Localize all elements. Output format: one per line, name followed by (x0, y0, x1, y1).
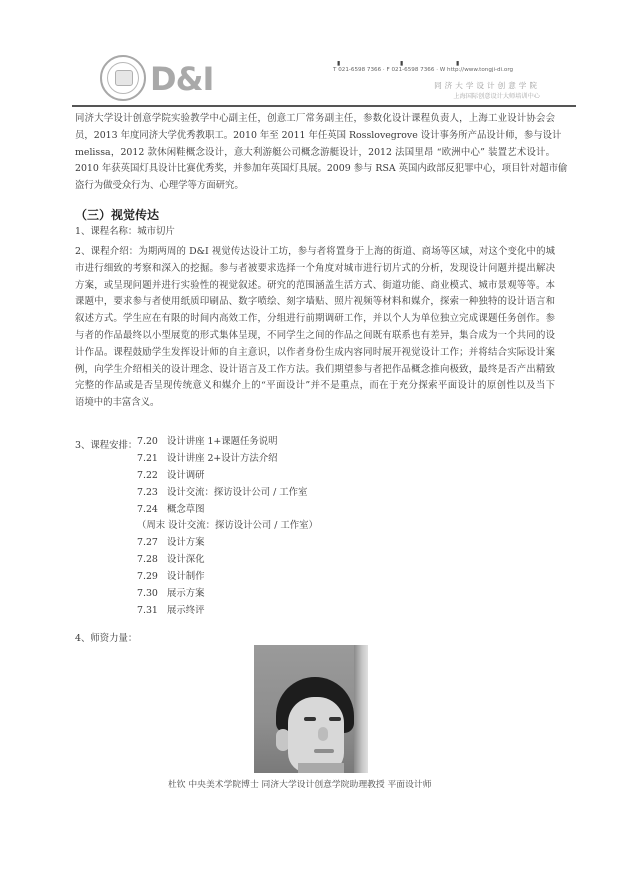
text-line: 市进行细致的考察和深入的挖掘。参与者被要求选择一个角度对城市进行切片式的分析，发… (75, 261, 555, 278)
schedule-label: 3、课程安排： (75, 437, 137, 451)
bio-paragraph: 同济大学设计创意学院实验教学中心副主任，创意工厂常务副主任，参数化设计课程负责人… (75, 111, 555, 195)
document-page: D&I ▮ ▮ ▮ T 021-6598 7366 · F 021-6598 7… (0, 0, 620, 881)
org-name: 同济大学设计创意学院 (434, 80, 540, 91)
text-line: 语境中的丰富含义。 (75, 395, 555, 412)
course-intro-paragraph: 2、课程介绍：为期两周的 D&I 视觉传达设计工坊，参与者将置身于上海的街道、商… (75, 244, 555, 412)
marker-icon: ▮ (400, 60, 403, 67)
schedule-activity: 设计调研 (167, 470, 205, 481)
text-line: 与者的作品最终以小型展览的形式集体呈现，不同学生之间的作品之间既有联系也有差异，… (75, 328, 555, 345)
schedule-row: 7.31 展示终评 (137, 603, 318, 620)
schedule-row: 7.29 设计制作 (137, 569, 318, 586)
schedule-activity: 设计交流：探访设计公司 / 工作室 (167, 487, 307, 498)
schedule-activity: （周末 设计交流：探访设计公司 / 工作室） (137, 520, 318, 531)
university-seal-logo (100, 55, 146, 101)
text-line: 方案，或呈现问题并进行实验性的视觉叙述。研究的范围涵盖生活方式、街道功能、商业模… (75, 278, 555, 295)
text-line: 同济大学设计创意学院实验教学中心副主任，创意工厂常务副主任，参数化设计课程负责人… (75, 111, 555, 128)
section-title: （三）视觉传达 (75, 206, 159, 223)
text-line: 盗行为做受众行为、心理学等方面研究。 (75, 178, 555, 195)
schedule-date: 7.27 (137, 535, 164, 552)
schedule-row-weekend: （周末 设计交流：探访设计公司 / 工作室） (137, 518, 318, 535)
schedule-activity: 设计深化 (167, 554, 205, 565)
text-line: 员，2013 年度同济大学优秀教职工。2010 年至 2011 年任英国 Ros… (75, 128, 555, 145)
schedule-date: 7.20 (137, 434, 164, 451)
org-subname: 上海国际创意设计大师培训中心 (453, 91, 540, 100)
schedule-row: 7.24 概念草图 (137, 502, 318, 519)
schedule-date: 7.28 (137, 552, 164, 569)
schedule-activity: 概念草图 (167, 504, 205, 515)
schedule-row: 7.30 展示方案 (137, 586, 318, 603)
schedule-activity: 设计讲座 1+课题任务说明 (167, 436, 278, 447)
schedule-date: 7.21 (137, 451, 164, 468)
schedule-date: 7.24 (137, 502, 164, 519)
text-line: 2、课程介绍：为期两周的 D&I 视觉传达设计工坊，参与者将置身于上海的街道、商… (75, 244, 555, 261)
schedule-date: 7.22 (137, 468, 164, 485)
text-line: 叙述方式。学生应在有限的时间内高效工作，分组进行前期调研工作，并以个人为单位独立… (75, 311, 555, 328)
schedule-row: 7.21 设计讲座 2+设计方法介绍 (137, 451, 318, 468)
marker-icon: ▮ (337, 60, 340, 67)
text-line: 2010 年获英国灯具设计比赛优秀奖，并参加年英国灯具展。2009 参与 RSA… (75, 161, 555, 178)
text-line: 完整的作品或是否呈现传统意义和媒介上的“平面设计”并不是重点，而在于充分探索平面… (75, 378, 555, 395)
schedule-activity: 展示终评 (167, 605, 205, 616)
di-logo: D&I (150, 62, 242, 96)
schedule-row: 7.28 设计深化 (137, 552, 318, 569)
schedule-list: 7.20 设计讲座 1+课题任务说明 7.21 设计讲座 2+设计方法介绍 7.… (137, 434, 318, 620)
schedule-row: 7.20 设计讲座 1+课题任务说明 (137, 434, 318, 451)
text-line: melissa，2012 款休闲鞋概念设计，意大利游艇公司概念游艇设计，2012… (75, 145, 555, 162)
schedule-activity: 设计制作 (167, 571, 205, 582)
schedule-date: 7.23 (137, 485, 164, 502)
schedule-row: 7.22 设计调研 (137, 468, 318, 485)
text-line: 例，向学生介绍相关的设计理念、设计语言及工作方法。我们期望参与者把作品概念推向极… (75, 362, 555, 379)
text-line: 计作品。课程鼓励学生发挥设计师的自主意识，以作者身份生成内容同时展开视觉设计工作… (75, 345, 555, 362)
schedule-activity: 设计讲座 2+设计方法介绍 (167, 453, 278, 464)
schedule-activity: 展示方案 (167, 588, 205, 599)
schedule-row: 7.23 设计交流：探访设计公司 / 工作室 (137, 485, 318, 502)
schedule-date: 7.29 (137, 569, 164, 586)
schedule-date: 7.30 (137, 586, 164, 603)
faculty-label: 4、师资力量： (75, 630, 137, 644)
marker-icon: ▮ (456, 60, 459, 67)
schedule-row: 7.27 设计方案 (137, 535, 318, 552)
header-divider (72, 105, 576, 107)
contact-line: T 021-6598 7366 · F 021-6598 7366 · W ht… (333, 67, 513, 73)
faculty-portrait-photo (254, 645, 368, 773)
text-line: 课题中，要求参与者使用纸质印刷品、数字喷绘、刻字墙贴、照片视频等材料和媒介，探索… (75, 294, 555, 311)
faculty-caption: 杜钦 中央美术学院博士 同济大学设计创意学院助理教授 平面设计师 (168, 777, 432, 790)
course-name: 1、课程名称：城市切片 (75, 223, 175, 237)
schedule-date: 7.31 (137, 603, 164, 620)
schedule-activity: 设计方案 (167, 537, 205, 548)
